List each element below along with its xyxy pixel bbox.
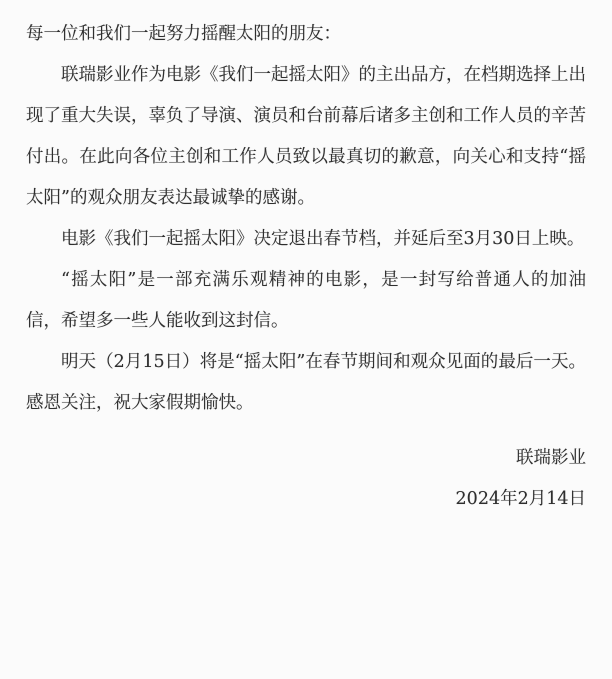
paragraph-apology: 联瑞影业作为电影《我们一起摇太阳》的主出品方，在档期选择上出现了重大失误，辜负了… xyxy=(26,55,586,219)
paragraph-last-screening-day: 明天（2月15日）将是“摇太阳”在春节期间和观众见面的最后一天。感恩关注，祝大家… xyxy=(26,342,586,424)
announcement-letter: 每一位和我们一起努力摇醒太阳的朋友： 联瑞影业作为电影《我们一起摇太阳》的主出品… xyxy=(0,0,612,679)
signature-company: 联瑞影业 xyxy=(26,438,586,479)
signature-date: 2024年2月14日 xyxy=(26,479,586,520)
paragraph-release-date-change: 电影《我们一起摇太阳》决定退出春节档，并延后至3月30日上映。 xyxy=(26,219,586,260)
signature-block: 联瑞影业 2024年2月14日 xyxy=(26,438,586,520)
letter-salutation: 每一位和我们一起努力摇醒太阳的朋友： xyxy=(26,14,586,55)
paragraph-film-description: “摇太阳”是一部充满乐观精神的电影，是一封写给普通人的加油信，希望多一些人能收到… xyxy=(26,260,586,342)
